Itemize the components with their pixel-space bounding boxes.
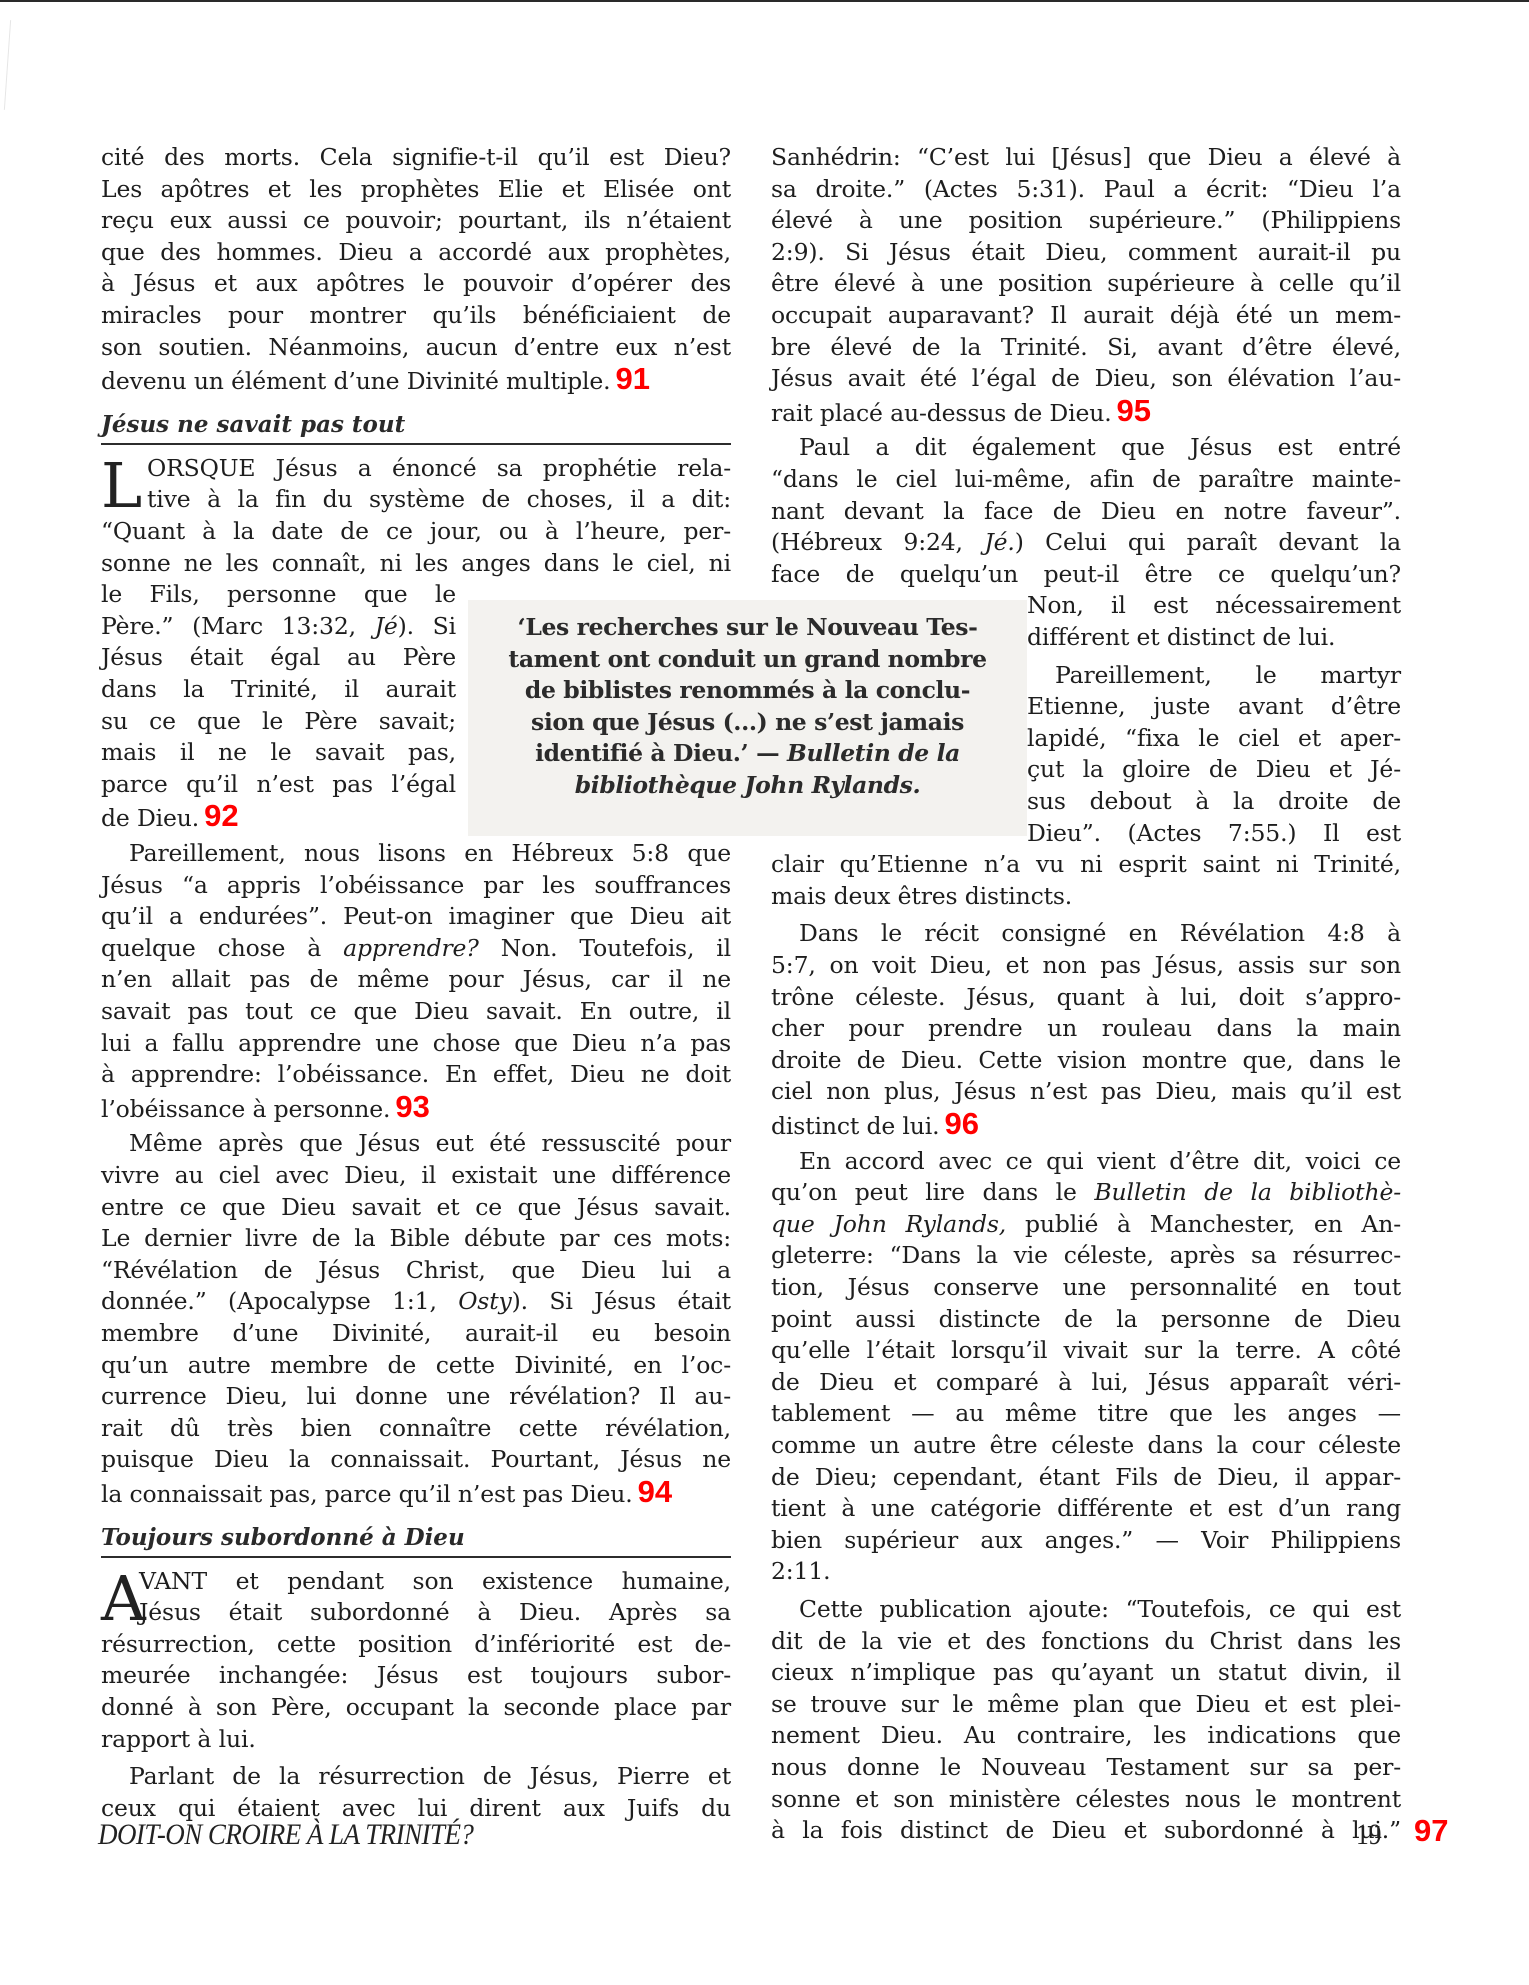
line-text: qu’il a endurées”. Peut-on imaginer que … xyxy=(101,902,731,930)
line-text: comme un autre être céleste dans la cour… xyxy=(771,1431,1401,1459)
line-text: Sanhédrin: “C’est lui [Jésus] que Dieu a… xyxy=(771,143,1401,171)
line-text: rait placé au-dessus de Dieu. xyxy=(771,399,1112,427)
pull-quote-source: bibliothèque John Rylands. xyxy=(575,771,920,799)
line-text: 2:11. xyxy=(771,1557,831,1585)
text-line: su ce que le Père savait; xyxy=(101,706,456,738)
pull-quote-line: ‘Les recherches sur le Nouveau Tes- xyxy=(468,612,1027,644)
line-text: sonne et son ministère célestes nous le … xyxy=(771,1785,1401,1813)
text-line: “dans le ciel lui-même, afin de paraître… xyxy=(771,464,1401,496)
text-line: à Jésus et aux apôtres le pouvoir d’opér… xyxy=(101,268,731,300)
line-text: meurée inchangée: Jésus est toujours sub… xyxy=(101,1661,731,1689)
reference-number: 91 xyxy=(616,361,650,396)
line-text: cieux n’implique pas qu’ayant un statut … xyxy=(771,1658,1401,1686)
running-footer-title: DOIT-ON CROIRE À LA TRINITÉ? xyxy=(98,1818,473,1852)
text-line: bien supérieur aux anges.” — Voir Philip… xyxy=(771,1525,1401,1557)
line-text: tient à une catégorie différente et est … xyxy=(771,1494,1401,1522)
line-text: entre ce que Dieu savait et ce que Jésus… xyxy=(101,1193,731,1221)
line-text: Jésus était subordonné à Dieu. Après sa xyxy=(139,1598,731,1626)
text-line: son soutien. Néanmoins, aucun d’entre eu… xyxy=(101,332,731,364)
pull-quote-box: ‘Les recherches sur le Nouveau Tes- tame… xyxy=(468,600,1027,836)
line-text: la connaissait pas, parce qu’il n’est pa… xyxy=(101,1480,633,1508)
text-line: ORSQUE Jésus a énoncé sa prophétie rela- xyxy=(147,453,731,485)
text-line: sa droite.” (Actes 5:31). Paul a écrit: … xyxy=(771,174,1401,206)
line-text: nement Dieu. Au contraire, les indicatio… xyxy=(771,1721,1401,1749)
line-text: 5:7, on voit Dieu, et non pas Jésus, ass… xyxy=(771,951,1401,979)
line-text: parce qu’il n’est pas l’égal xyxy=(101,770,456,798)
reference-number: 96 xyxy=(944,1106,978,1141)
text-line: n’en allait pas de même pour Jésus, car … xyxy=(101,964,731,996)
line-text: Père.” (Marc 13:32, Jé). Si xyxy=(101,612,456,640)
line-text: tablement — au même titre que les anges … xyxy=(771,1399,1401,1427)
page-number: 19 xyxy=(1356,1818,1382,1852)
text-line: donné à son Père, occupant la seconde pl… xyxy=(101,1692,731,1724)
text-line: miracles pour montrer qu’ils bénéficiaie… xyxy=(101,300,731,332)
text-line: “Révélation de Jésus Christ, que Dieu lu… xyxy=(101,1255,731,1287)
line-text: En accord avec ce qui vient d’être dit, … xyxy=(799,1147,1401,1175)
line-text: rapport à lui. xyxy=(101,1725,256,1753)
line-text: donnée.” (Apocalypse 1:1, Osty). Si Jésu… xyxy=(101,1287,731,1315)
line-text: qu’elle l’était lorsqu’il vivait sur la … xyxy=(771,1336,1401,1364)
text-line: Parlant de la résurrection de Jésus, Pie… xyxy=(129,1761,731,1793)
text-line: 2:9). Si Jésus était Dieu, comment aurai… xyxy=(771,237,1401,269)
line-text: sonne ne les connaît, ni les anges dans … xyxy=(101,549,731,577)
text-line: currence Dieu, lui donne une révélation?… xyxy=(101,1381,731,1413)
text-line: reçu eux aussi ce pouvoir; pourtant, ils… xyxy=(101,205,731,237)
section-heading: Toujours subordonné à Dieu xyxy=(101,1520,731,1558)
line-text: dit de la vie et des fonctions du Christ… xyxy=(771,1627,1401,1655)
text-line: distinct de lui.96 xyxy=(771,1108,1401,1140)
line-text: face de quelqu’un peut-il être ce quelqu… xyxy=(771,560,1401,588)
text-line: Cette publication ajoute: “Toutefois, ce… xyxy=(799,1594,1401,1626)
line-text: puisque Dieu la connaissait. Pourtant, J… xyxy=(101,1445,731,1473)
line-text: membre d’une Divinité, aurait-il eu beso… xyxy=(101,1319,731,1347)
text-line: membre d’une Divinité, aurait-il eu beso… xyxy=(101,1318,731,1350)
text-line: Jésus avait été l’égal de Dieu, son élév… xyxy=(771,363,1401,395)
line-text: sus debout à la droite de xyxy=(1027,787,1401,815)
text-line: bre élevé de la Trinité. Si, avant d’êtr… xyxy=(771,332,1401,364)
text-line: face de quelqu’un peut-il être ce quelqu… xyxy=(771,559,1401,591)
text-line: vivre au ciel avec Dieu, il existait une… xyxy=(101,1160,731,1192)
text-line: cité des morts. Cela signifie-t-il qu’il… xyxy=(101,142,731,174)
text-line: puisque Dieu la connaissait. Pourtant, J… xyxy=(101,1444,731,1476)
text-line: qu’il a endurées”. Peut-on imaginer que … xyxy=(101,901,731,933)
reference-number: 92 xyxy=(204,798,238,833)
line-text: Cette publication ajoute: “Toutefois, ce… xyxy=(799,1595,1401,1623)
text-line: de Dieu et comparé à lui, Jésus apparaît… xyxy=(771,1367,1401,1399)
text-line: devenu un élément d’une Divinité multipl… xyxy=(101,363,731,395)
line-text: Parlant de la résurrection de Jésus, Pie… xyxy=(129,1762,731,1790)
line-text: de Dieu et comparé à lui, Jésus apparaît… xyxy=(771,1368,1401,1396)
text-line: “Quant à la date de ce jour, ou à l’heur… xyxy=(101,516,731,548)
text-line: 2:11. xyxy=(771,1556,1401,1588)
line-text: Jésus avait été l’égal de Dieu, son élév… xyxy=(771,364,1401,392)
line-text: distinct de lui. xyxy=(771,1112,939,1140)
line-text: lui a fallu apprendre une chose que Dieu… xyxy=(101,1029,731,1057)
line-text: qu’un autre membre de cette Divinité, en… xyxy=(101,1351,731,1379)
line-text: tive à la fin du système de choses, il a… xyxy=(147,485,731,513)
line-text: à la fois distinct de Dieu et subordonné… xyxy=(771,1816,1401,1844)
text-line: lapidé, “fixa le ciel et aper- xyxy=(1027,723,1401,755)
line-text: Pareillement, nous lisons en Hébreux 5:8… xyxy=(129,839,731,867)
line-text: su ce que le Père savait; xyxy=(101,707,456,735)
text-line: résurrection, cette position d’infériori… xyxy=(101,1629,731,1661)
line-text: élevé à une position supérieure.” (Phili… xyxy=(771,206,1401,234)
line-text: nant devant la face de Dieu en notre fav… xyxy=(771,497,1401,525)
text-line: sus debout à la droite de xyxy=(1027,786,1401,818)
text-line: Dieu”. (Actes 7:55.) Il est xyxy=(1027,818,1401,850)
text-line: tient à une catégorie différente et est … xyxy=(771,1493,1401,1525)
text-line: tablement — au même titre que les anges … xyxy=(771,1398,1401,1430)
text-line: rait dû très bien connaître cette révéla… xyxy=(101,1413,731,1445)
pull-quote-line: tament ont conduit un grand nombre xyxy=(468,644,1027,676)
text-line: être élevé à une position supérieure à c… xyxy=(771,268,1401,300)
line-text: “dans le ciel lui-même, afin de paraître… xyxy=(771,465,1401,493)
line-text: Dieu”. (Actes 7:55.) Il est xyxy=(1027,819,1401,847)
text-line: comme un autre être céleste dans la cour… xyxy=(771,1430,1401,1462)
line-text: Même après que Jésus eut été ressuscité … xyxy=(129,1129,731,1157)
text-line: Le dernier livre de la Bible débute par … xyxy=(101,1223,731,1255)
line-text: le Fils, personne que le xyxy=(101,580,456,608)
text-line: Père.” (Marc 13:32, Jé). Si xyxy=(101,611,456,643)
line-text: qu’on peut lire dans le Bulletin de la b… xyxy=(771,1178,1401,1206)
line-text: bien supérieur aux anges.” — Voir Philip… xyxy=(771,1526,1401,1554)
text-line: l’obéissance à personne.93 xyxy=(101,1091,731,1123)
line-text: sa droite.” (Actes 5:31). Paul a écrit: … xyxy=(771,175,1401,203)
text-line: qu’un autre membre de cette Divinité, en… xyxy=(101,1350,731,1382)
text-line: rapport à lui. xyxy=(101,1724,731,1756)
text-line: Non, il est nécessairement xyxy=(1027,590,1401,622)
line-text: que John Rylands, publié à Manchester, e… xyxy=(771,1210,1401,1238)
text-line: mais deux êtres distincts. xyxy=(771,881,1401,913)
line-text: que des hommes. Dieu a accordé aux proph… xyxy=(101,238,731,266)
text-line: sonne et son ministère célestes nous le … xyxy=(771,1784,1401,1816)
line-text: Pareillement, le martyr xyxy=(1055,661,1401,689)
text-line: nous donne le Nouveau Testament sur sa p… xyxy=(771,1752,1401,1784)
text-line: sonne ne les connaît, ni les anges dans … xyxy=(101,548,731,580)
text-line: ciel non plus, Jésus n’est pas Dieu, mai… xyxy=(771,1076,1401,1108)
line-text: lapidé, “fixa le ciel et aper- xyxy=(1027,724,1401,752)
line-text: son soutien. Néanmoins, aucun d’entre eu… xyxy=(101,333,731,361)
text-line: cher pour prendre un rouleau dans la mai… xyxy=(771,1013,1401,1045)
line-text: reçu eux aussi ce pouvoir; pourtant, ils… xyxy=(101,206,731,234)
page-top-edge xyxy=(0,0,1529,2)
text-line: droite de Dieu. Cette vision montre que,… xyxy=(771,1045,1401,1077)
line-text: (Hébreux 9:24, Jé.) Celui qui paraît dev… xyxy=(771,528,1401,556)
reference-number: 97 xyxy=(1414,1815,1448,1847)
line-text: bre élevé de la Trinité. Si, avant d’êtr… xyxy=(771,333,1401,361)
line-text: cher pour prendre un rouleau dans la mai… xyxy=(771,1014,1401,1042)
text-line: clair qu’Etienne n’a vu ni esprit saint … xyxy=(771,849,1401,881)
text-line: savait pas tout ce que Dieu savait. En o… xyxy=(101,996,731,1028)
text-line: gleterre: “Dans la vie céleste, après sa… xyxy=(771,1240,1401,1272)
line-text: Jésus “a appris l’obéissance par les sou… xyxy=(101,871,731,899)
text-line: Pareillement, le martyr xyxy=(1055,660,1401,692)
text-line: différent et distinct de lui. xyxy=(1027,622,1401,654)
line-text: Le dernier livre de la Bible débute par … xyxy=(101,1224,731,1252)
text-line: dit de la vie et des fonctions du Christ… xyxy=(771,1626,1401,1658)
line-text: de Dieu. xyxy=(101,804,199,832)
line-text: trône céleste. Jésus, quant à lui, doit … xyxy=(771,983,1401,1011)
pull-quote-source: Bulletin de la xyxy=(787,739,960,767)
text-line: se trouve sur le même plan que Dieu et e… xyxy=(771,1689,1401,1721)
text-line: donnée.” (Apocalypse 1:1, Osty). Si Jésu… xyxy=(101,1286,731,1318)
text-line: Même après que Jésus eut été ressuscité … xyxy=(129,1128,731,1160)
line-text: “Révélation de Jésus Christ, que Dieu lu… xyxy=(101,1256,731,1284)
text-line: çut la gloire de Dieu et Jé- xyxy=(1027,754,1401,786)
line-text: résurrection, cette position d’infériori… xyxy=(101,1630,731,1658)
line-text: dans la Trinité, il aurait xyxy=(101,675,456,703)
text-line: Jésus “a appris l’obéissance par les sou… xyxy=(101,870,731,902)
line-text: ORSQUE Jésus a énoncé sa prophétie rela- xyxy=(147,454,731,482)
text-line: cieux n’implique pas qu’ayant un statut … xyxy=(771,1657,1401,1689)
line-text: n’en allait pas de même pour Jésus, car … xyxy=(101,965,731,993)
line-text: mais il ne le savait pas, xyxy=(101,738,456,766)
line-text: savait pas tout ce que Dieu savait. En o… xyxy=(101,997,731,1025)
text-line: Sanhédrin: “C’est lui [Jésus] que Dieu a… xyxy=(771,142,1401,174)
line-text: clair qu’Etienne n’a vu ni esprit saint … xyxy=(771,850,1401,878)
text-line: tion, Jésus conserve une personnalité en… xyxy=(771,1272,1401,1304)
text-line: dans la Trinité, il aurait xyxy=(101,674,456,706)
text-line: élevé à une position supérieure.” (Phili… xyxy=(771,205,1401,237)
text-line: point aussi distincte de la personne de … xyxy=(771,1304,1401,1336)
text-line: En accord avec ce qui vient d’être dit, … xyxy=(799,1146,1401,1178)
reference-number: 95 xyxy=(1117,393,1151,428)
pull-quote-line: identifié à Dieu.’ — Bulletin de la xyxy=(468,738,1027,770)
text-line: mais il ne le savait pas, xyxy=(101,737,456,769)
reference-number: 93 xyxy=(395,1089,429,1124)
line-text: Non, il est nécessairement xyxy=(1027,591,1401,619)
line-text: à Jésus et aux apôtres le pouvoir d’opér… xyxy=(101,269,731,297)
line-text: tion, Jésus conserve une personnalité en… xyxy=(771,1273,1401,1301)
text-line: qu’on peut lire dans le Bulletin de la b… xyxy=(771,1177,1401,1209)
text-line: le Fils, personne que le xyxy=(101,579,456,611)
line-text: gleterre: “Dans la vie céleste, après sa… xyxy=(771,1241,1401,1269)
pull-quote-line: de biblistes renommés à la conclu- xyxy=(468,675,1027,707)
text-line: nement Dieu. Au contraire, les indicatio… xyxy=(771,1720,1401,1752)
line-text: currence Dieu, lui donne une révélation?… xyxy=(101,1382,731,1410)
text-line: Etienne, juste avant d’être xyxy=(1027,691,1401,723)
line-text: l’obéissance à personne. xyxy=(101,1095,390,1123)
line-text: çut la gloire de Dieu et Jé- xyxy=(1027,755,1401,783)
text-line: que John Rylands, publié à Manchester, e… xyxy=(771,1209,1401,1241)
section-heading: Jésus ne savait pas tout xyxy=(101,407,731,445)
text-line: qu’elle l’était lorsqu’il vivait sur la … xyxy=(771,1335,1401,1367)
text-line: tive à la fin du système de choses, il a… xyxy=(147,484,731,516)
text-line: entre ce que Dieu savait et ce que Jésus… xyxy=(101,1192,731,1224)
line-text: Paul a dit également que Jésus est entré xyxy=(799,433,1401,461)
line-text: ciel non plus, Jésus n’est pas Dieu, mai… xyxy=(771,1077,1401,1105)
line-text: se trouve sur le même plan que Dieu et e… xyxy=(771,1690,1401,1718)
text-line: Pareillement, nous lisons en Hébreux 5:8… xyxy=(129,838,731,870)
text-line: occupait auparavant? Il aurait déjà été … xyxy=(771,300,1401,332)
line-text: donné à son Père, occupant la seconde pl… xyxy=(101,1693,731,1721)
text-line: Jésus était subordonné à Dieu. Après sa xyxy=(139,1597,731,1629)
line-text: Dans le récit consigné en Révélation 4:8… xyxy=(799,919,1401,947)
text-line: Les apôtres et les prophètes Elie et Eli… xyxy=(101,174,731,206)
line-text: point aussi distincte de la personne de … xyxy=(771,1305,1401,1333)
text-line: la connaissait pas, parce qu’il n’est pa… xyxy=(101,1476,731,1508)
line-text: miracles pour montrer qu’ils bénéficiaie… xyxy=(101,301,731,329)
line-text: 2:9). Si Jésus était Dieu, comment aurai… xyxy=(771,238,1401,266)
text-line: nant devant la face de Dieu en notre fav… xyxy=(771,496,1401,528)
text-line: Jésus était égal au Père xyxy=(101,642,456,674)
scan-artifact xyxy=(4,20,11,110)
text-line: à apprendre: l’obéissance. En effet, Die… xyxy=(101,1059,731,1091)
text-line: parce qu’il n’est pas l’égal xyxy=(101,769,456,801)
line-text: nous donne le Nouveau Testament sur sa p… xyxy=(771,1753,1401,1781)
line-text: devenu un élément d’une Divinité multipl… xyxy=(101,367,611,395)
text-line: lui a fallu apprendre une chose que Dieu… xyxy=(101,1028,731,1060)
line-text: cité des morts. Cela signifie-t-il qu’il… xyxy=(101,143,731,171)
line-text: Les apôtres et les prophètes Elie et Eli… xyxy=(101,175,731,203)
text-line: rait placé au-dessus de Dieu.95 xyxy=(771,395,1401,427)
text-line: meurée inchangée: Jésus est toujours sub… xyxy=(101,1660,731,1692)
text-line: à la fois distinct de Dieu et subordonné… xyxy=(771,1815,1401,1847)
text-line: VANT et pendant son existence humaine, xyxy=(139,1566,731,1598)
line-text: mais deux êtres distincts. xyxy=(771,882,1072,910)
pull-quote-text-plain: identifié à Dieu.’ — xyxy=(535,739,787,767)
line-text: “Quant à la date de ce jour, ou à l’heur… xyxy=(101,517,731,545)
text-line: 5:7, on voit Dieu, et non pas Jésus, ass… xyxy=(771,950,1401,982)
line-text: vivre au ciel avec Dieu, il existait une… xyxy=(101,1161,731,1189)
text-line: trône céleste. Jésus, quant à lui, doit … xyxy=(771,982,1401,1014)
text-line: de Dieu; cependant, étant Fils de Dieu, … xyxy=(771,1462,1401,1494)
text-line: Dans le récit consigné en Révélation 4:8… xyxy=(799,918,1401,950)
text-line: que des hommes. Dieu a accordé aux proph… xyxy=(101,237,731,269)
line-text: quelque chose à apprendre? Non. Toutefoi… xyxy=(101,934,731,962)
line-text: différent et distinct de lui. xyxy=(1027,623,1335,651)
line-text: à apprendre: l’obéissance. En effet, Die… xyxy=(101,1060,731,1088)
line-text: Jésus était égal au Père xyxy=(101,643,456,671)
line-text: rait dû très bien connaître cette révéla… xyxy=(101,1414,731,1442)
line-text: Etienne, juste avant d’être xyxy=(1027,692,1401,720)
line-text: occupait auparavant? Il aurait déjà été … xyxy=(771,301,1401,329)
line-text: droite de Dieu. Cette vision montre que,… xyxy=(771,1046,1401,1074)
pull-quote-line: bibliothèque John Rylands. xyxy=(468,770,1027,802)
line-text: être élevé à une position supérieure à c… xyxy=(771,269,1401,297)
line-text: VANT et pendant son existence humaine, xyxy=(139,1567,731,1595)
reference-number: 94 xyxy=(638,1474,672,1509)
text-line: (Hébreux 9:24, Jé.) Celui qui paraît dev… xyxy=(771,527,1401,559)
text-line: Paul a dit également que Jésus est entré xyxy=(799,432,1401,464)
text-line: quelque chose à apprendre? Non. Toutefoi… xyxy=(101,933,731,965)
text-line: de Dieu.92 xyxy=(101,800,456,832)
drop-cap: L xyxy=(101,455,142,517)
pull-quote-text: ‘Les recherches sur le Nouveau Tes- tame… xyxy=(468,612,1027,802)
pull-quote-line: sion que Jésus (...) ne s’est jamais xyxy=(468,707,1027,739)
line-text: de Dieu; cependant, étant Fils de Dieu, … xyxy=(771,1463,1401,1491)
